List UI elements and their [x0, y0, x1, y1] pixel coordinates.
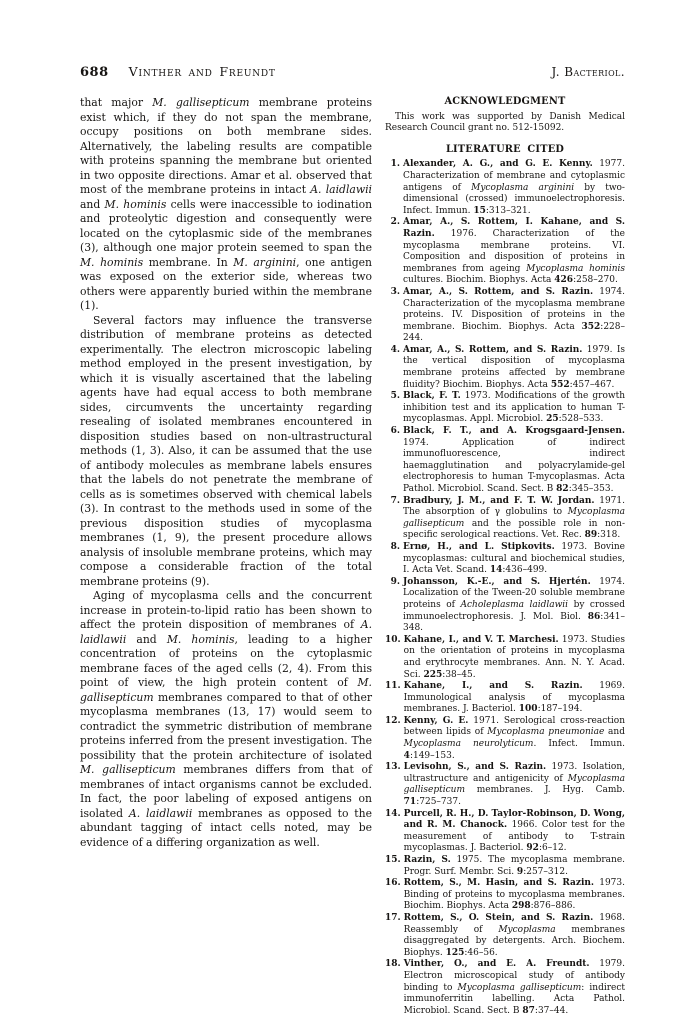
reference-number: 5. — [385, 391, 403, 426]
reference-text: Kahane, I., and S. Razin. 1969. Immunolo… — [404, 681, 625, 716]
reference-list: 1. Alexander, A. G., and G. E. Kenny. 19… — [385, 159, 625, 1017]
reference-number: 13. — [385, 762, 404, 808]
acknowledgment-text: This work was supported by Danish Medica… — [385, 112, 625, 135]
reference-number: 12. — [385, 716, 404, 762]
reference-number: 15. — [385, 855, 404, 878]
reference-number: 9. — [385, 577, 403, 635]
reference-item: 16. Rottem, S., M. Hasin, and S. Razin. … — [385, 878, 625, 913]
reference-item: 11. Kahane, I., and S. Razin. 1969. Immu… — [385, 681, 625, 716]
reference-text: Kahane, I., and V. T. Marchesi. 1973. St… — [404, 635, 625, 681]
reference-item: 1. Alexander, A. G., and G. E. Kenny. 19… — [385, 159, 625, 217]
page-header-left: 688 Vinther and Freundt — [80, 64, 276, 80]
literature-cited-heading: LITERATURE CITED — [385, 144, 625, 156]
reference-number: 11. — [385, 681, 404, 716]
reference-number: 10. — [385, 635, 404, 681]
reference-text: Black, F. T. 1973. Modifications of the … — [403, 391, 625, 426]
reference-number: 18. — [385, 959, 404, 1017]
reference-item: 6. Black, F. T., and A. Krogsgaard-Jense… — [385, 426, 625, 496]
reference-text: Vinther, O., and E. A. Freundt. 1979. El… — [404, 959, 625, 1017]
reference-text: Kenny, G. E. 1971. Serological cross-rea… — [404, 716, 625, 762]
body-paragraph: Aging of mycoplasma cells and the concur… — [80, 589, 372, 850]
reference-text: Levisohn, S., and S. Razin. 1973. Isolat… — [404, 762, 625, 808]
two-column-body: that major M. gallisepticum membrane pro… — [80, 96, 625, 1017]
reference-item: 5. Black, F. T. 1973. Modifications of t… — [385, 391, 625, 426]
body-paragraph: that major M. gallisepticum membrane pro… — [80, 96, 372, 314]
reference-item: 7. Bradbury, J. M., and F. T. W. Jordan.… — [385, 496, 625, 542]
reference-text: Ernø, H., and L. Stipkovits. 1973. Bovin… — [403, 542, 625, 577]
body-text-column: that major M. gallisepticum membrane pro… — [80, 96, 372, 1017]
reference-text: Johansson, K.-E., and S. Hjertén. 1974. … — [403, 577, 625, 635]
reference-text: Bradbury, J. M., and F. T. W. Jordan. 19… — [403, 496, 625, 542]
reference-text: Purcell, R. H., D. Taylor-Robinson, D. W… — [404, 809, 625, 855]
reference-number: 17. — [385, 913, 404, 959]
reference-item: 9. Johansson, K.-E., and S. Hjertén. 197… — [385, 577, 625, 635]
page-number: 688 — [80, 65, 109, 80]
reference-text: Razin, S. 1975. The mycoplasma membrane.… — [404, 855, 625, 878]
running-title: Vinther and Freundt — [129, 64, 276, 79]
reference-item: 2. Amar, A., S. Rottem, I. Kahane, and S… — [385, 217, 625, 287]
reference-number: 16. — [385, 878, 404, 913]
reference-item: 4. Amar, A., S. Rottem, and S. Razin. 19… — [385, 345, 625, 391]
reference-text: Amar, A., S. Rottem, and S. Razin. 1979.… — [403, 345, 625, 391]
reference-text: Alexander, A. G., and G. E. Kenny. 1977.… — [403, 159, 625, 217]
acknowledgment-heading: ACKNOWLEDGMENT — [385, 96, 625, 108]
page-header: 688 Vinther and Freundt J. Bacteriol. — [80, 64, 625, 80]
journal-page: 688 Vinther and Freundt J. Bacteriol. th… — [0, 0, 681, 1027]
reference-item: 3. Amar, A., S. Rottem, and S. Razin. 19… — [385, 287, 625, 345]
reference-number: 8. — [385, 542, 403, 577]
reference-item: 8. Ernø, H., and L. Stipkovits. 1973. Bo… — [385, 542, 625, 577]
reference-text: Rottem, S., O. Stein, and S. Razin. 1968… — [404, 913, 625, 959]
reference-item: 10. Kahane, I., and V. T. Marchesi. 1973… — [385, 635, 625, 681]
reference-number: 2. — [385, 217, 403, 287]
reference-number: 3. — [385, 287, 403, 345]
reference-number: 6. — [385, 426, 403, 496]
reference-item: 14. Purcell, R. H., D. Taylor-Robinson, … — [385, 809, 625, 855]
reference-item: 15. Razin, S. 1975. The mycoplasma membr… — [385, 855, 625, 878]
journal-name: J. Bacteriol. — [552, 65, 625, 79]
reference-item: 18. Vinther, O., and E. A. Freundt. 1979… — [385, 959, 625, 1017]
reference-item: 17. Rottem, S., O. Stein, and S. Razin. … — [385, 913, 625, 959]
reference-number: 7. — [385, 496, 403, 542]
reference-text: Amar, A., S. Rottem, and S. Razin. 1974.… — [403, 287, 625, 345]
reference-text: Black, F. T., and A. Krogsgaard-Jensen. … — [403, 426, 625, 496]
body-paragraph: Several factors may influence the transv… — [80, 314, 372, 590]
reference-number: 1. — [385, 159, 403, 217]
reference-item: 12. Kenny, G. E. 1971. Serological cross… — [385, 716, 625, 762]
reference-item: 13. Levisohn, S., and S. Razin. 1973. Is… — [385, 762, 625, 808]
reference-number: 4. — [385, 345, 403, 391]
reference-text: Rottem, S., M. Hasin, and S. Razin. 1973… — [404, 878, 625, 913]
reference-text: Amar, A., S. Rottem, I. Kahane, and S. R… — [403, 217, 625, 287]
references-column: ACKNOWLEDGMENT This work was supported b… — [385, 96, 625, 1017]
reference-number: 14. — [385, 809, 404, 855]
